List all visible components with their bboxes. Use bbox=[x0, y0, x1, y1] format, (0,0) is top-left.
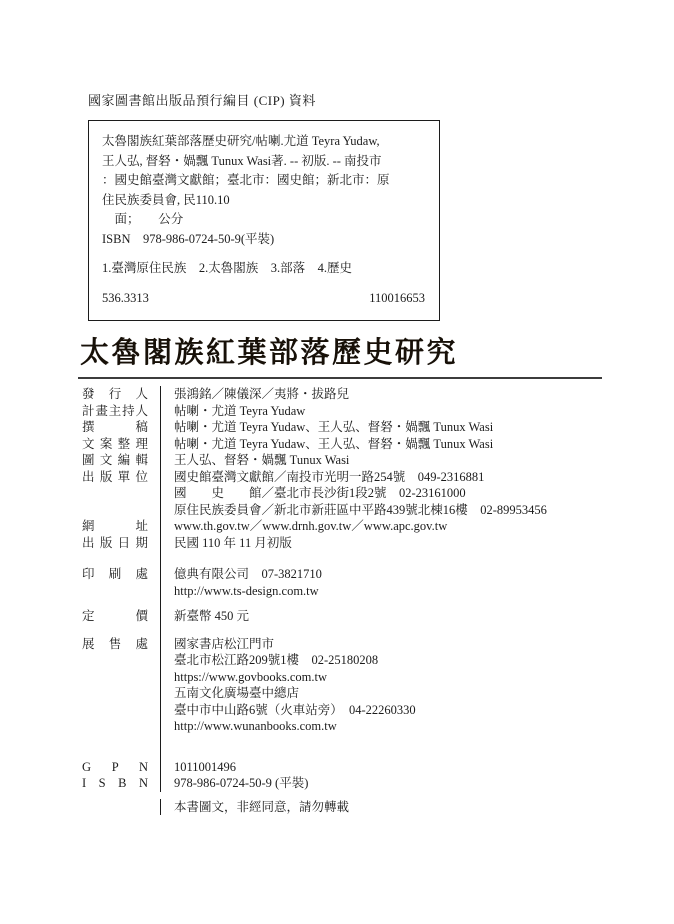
row-label: 網址 bbox=[82, 518, 148, 535]
row-label bbox=[82, 685, 148, 702]
row-value: http://www.wunanbooks.com.tw bbox=[160, 718, 602, 735]
row-label: 定價 bbox=[82, 608, 148, 625]
colophon-row-copyright-notice: 本書圖文，非經同意，請勿轉載 bbox=[78, 799, 602, 816]
row-value: 臺中市中山路6號（火車站旁） 04-22260330 bbox=[160, 702, 602, 719]
row-value: 王人弘、督砮・媧飄 Tunux Wasi bbox=[160, 452, 602, 469]
cip-numbers-row: 536.3313 110016653 bbox=[102, 289, 429, 309]
row-value: 1011001496 bbox=[160, 759, 602, 776]
row-label: 圖文編輯 bbox=[82, 452, 148, 469]
row-label: 出版單位 bbox=[82, 469, 148, 486]
colophon-row-copy-editor: 文案整理 帖喇・尤道 Teyra Yudaw、王人弘、督砮・媧飄 Tunux W… bbox=[78, 436, 602, 453]
cip-caption: 國家圖書館出版品預行編目 (CIP) 資料 bbox=[88, 92, 638, 109]
row-value: https://www.govbooks.com.tw bbox=[160, 669, 602, 686]
row-value: 民國 110 年 11 月初版 bbox=[160, 535, 602, 552]
row-label: 文案整理 bbox=[82, 436, 148, 453]
colophon-row-gpn: G P N 1011001496 bbox=[78, 759, 602, 776]
page-content: 國家圖書館出版品預行編目 (CIP) 資料 太魯閣族紅葉部落歷史研究/帖喇.尤道… bbox=[0, 0, 674, 815]
row-value: 國家書店松江門市 bbox=[160, 636, 602, 653]
row-label: 印刷處 bbox=[82, 566, 148, 583]
cip-subjects: 1.臺灣原住民族 2.太魯閣族 3.部落 4.歷史 bbox=[102, 259, 429, 279]
row-label: 出版日期 bbox=[82, 535, 148, 552]
row-value: 帖喇・尤道 Teyra Yudaw、王人弘、督砮・媧飄 Tunux Wasi bbox=[160, 419, 602, 436]
row-value: 國 史 館／臺北市長沙街1段2號 02-23161000 bbox=[160, 485, 602, 502]
colophon-row-retail: 臺中市中山路6號（火車站旁） 04-22260330 bbox=[78, 702, 602, 719]
row-label bbox=[82, 669, 148, 686]
row-value: 臺北市松江路209號1樓 02-25180208 bbox=[160, 652, 602, 669]
title-rule bbox=[78, 377, 602, 379]
book-title: 太魯閣族紅葉部落歷史研究 bbox=[80, 333, 638, 371]
colophon-row-printer: http://www.ts-design.com.tw bbox=[78, 583, 602, 600]
colophon-row-printer: 印刷處 億典有限公司 07-3821710 bbox=[78, 566, 602, 583]
row-label bbox=[82, 702, 148, 719]
cip-line: 住民族委員會, 民110.10 bbox=[102, 191, 429, 211]
colophon-row-isbn: I S B N 978-986-0724-50-9 (平裝) bbox=[78, 775, 602, 792]
colophon-row-layout-editor: 圖文編輯 王人弘、督砮・媧飄 Tunux Wasi bbox=[78, 452, 602, 469]
row-value: 978-986-0724-50-9 (平裝) bbox=[160, 775, 602, 792]
row-value: 億典有限公司 07-3821710 bbox=[160, 566, 602, 583]
colophon-row-author: 撰稿 帖喇・尤道 Teyra Yudaw、王人弘、督砮・媧飄 Tunux Was… bbox=[78, 419, 602, 436]
row-label: I S B N bbox=[82, 775, 148, 792]
row-value: 五南文化廣場臺中總店 bbox=[160, 685, 602, 702]
row-label bbox=[82, 652, 148, 669]
copyright-notice: 本書圖文，非經同意，請勿轉載 bbox=[160, 799, 602, 816]
colophon-table: 發行人 張鴻銘／陳儀深／夷將・拔路兒 計畫主持人 帖喇・尤道 Teyra Yud… bbox=[78, 386, 602, 815]
row-label: 發行人 bbox=[82, 386, 148, 403]
colophon-row-publishing-org: 出版單位 國史館臺灣文獻館／南投市光明一路254號 049-2316881 bbox=[78, 469, 602, 486]
row-value: 國史館臺灣文獻館／南投市光明一路254號 049-2316881 bbox=[160, 469, 602, 486]
colophon-row-retail: 展售處 國家書店松江門市 bbox=[78, 636, 602, 653]
colophon-row-publisher: 發行人 張鴻銘／陳儀深／夷將・拔路兒 bbox=[78, 386, 602, 403]
row-value: http://www.ts-design.com.tw bbox=[160, 583, 602, 600]
colophon-row-price: 定價 新臺幣 450 元 bbox=[78, 608, 602, 625]
row-label bbox=[82, 485, 148, 502]
row-label: 展售處 bbox=[82, 636, 148, 653]
row-label bbox=[82, 502, 148, 519]
colophon-row-project-director: 計畫主持人 帖喇・尤道 Teyra Yudaw bbox=[78, 403, 602, 420]
colophon-row-retail: http://www.wunanbooks.com.tw bbox=[78, 718, 602, 735]
row-label bbox=[82, 718, 148, 735]
cip-line: 太魯閣族紅葉部落歷史研究/帖喇.尤道 Teyra Yudaw, bbox=[102, 132, 429, 152]
colophon-row-publishing-org: 國 史 館／臺北市長沙街1段2號 02-23161000 bbox=[78, 485, 602, 502]
row-value: 原住民族委員會／新北市新莊區中平路439號北棟16樓 02-89953456 bbox=[160, 502, 602, 519]
cip-isbn-line: ISBN 978-986-0724-50-9(平裝) bbox=[102, 230, 429, 250]
colophon-row-retail: 臺北市松江路209號1樓 02-25180208 bbox=[78, 652, 602, 669]
cip-class-number: 536.3313 bbox=[102, 289, 149, 309]
row-value: 張鴻銘／陳儀深／夷將・拔路兒 bbox=[160, 386, 602, 403]
row-label bbox=[82, 799, 148, 816]
row-value: 帖喇・尤道 Teyra Yudaw、王人弘、督砮・媧飄 Tunux Wasi bbox=[160, 436, 602, 453]
section-spacer bbox=[78, 599, 602, 608]
section-spacer bbox=[78, 792, 602, 799]
colophon-row-publishing-org: 原住民族委員會／新北市新莊區中平路439號北棟16樓 02-89953456 bbox=[78, 502, 602, 519]
row-value: 新臺幣 450 元 bbox=[160, 608, 602, 625]
cip-box: 太魯閣族紅葉部落歷史研究/帖喇.尤道 Teyra Yudaw, 王人弘, 督砮・… bbox=[88, 120, 440, 321]
colophon-row-publish-date: 出版日期 民國 110 年 11 月初版 bbox=[78, 535, 602, 552]
cip-line: ：國史館臺灣文獻館；臺北市：國史館；新北市：原 bbox=[102, 171, 429, 191]
section-spacer bbox=[78, 551, 602, 566]
row-value: www.th.gov.tw／www.drnh.gov.tw／www.apc.go… bbox=[160, 518, 602, 535]
row-value: 帖喇・尤道 Teyra Yudaw bbox=[160, 403, 602, 420]
cip-record-number: 110016653 bbox=[369, 289, 425, 309]
colophon-row-retail: 五南文化廣場臺中總店 bbox=[78, 685, 602, 702]
section-spacer bbox=[78, 625, 602, 636]
row-label: 撰稿 bbox=[82, 419, 148, 436]
colophon-page: 國家圖書館出版品預行編目 (CIP) 資料 太魯閣族紅葉部落歷史研究/帖喇.尤道… bbox=[0, 0, 674, 924]
row-label bbox=[82, 583, 148, 600]
colophon-row-retail: https://www.govbooks.com.tw bbox=[78, 669, 602, 686]
row-label: G P N bbox=[82, 759, 148, 776]
colophon-row-website: 網址 www.th.gov.tw／www.drnh.gov.tw／www.apc… bbox=[78, 518, 602, 535]
row-label: 計畫主持人 bbox=[82, 403, 148, 420]
cip-line: 王人弘, 督砮・媧飄 Tunux Wasi著. -- 初版. -- 南投市 bbox=[102, 152, 429, 172]
section-spacer bbox=[78, 735, 602, 759]
cip-line: 面； 公分 bbox=[102, 210, 429, 230]
